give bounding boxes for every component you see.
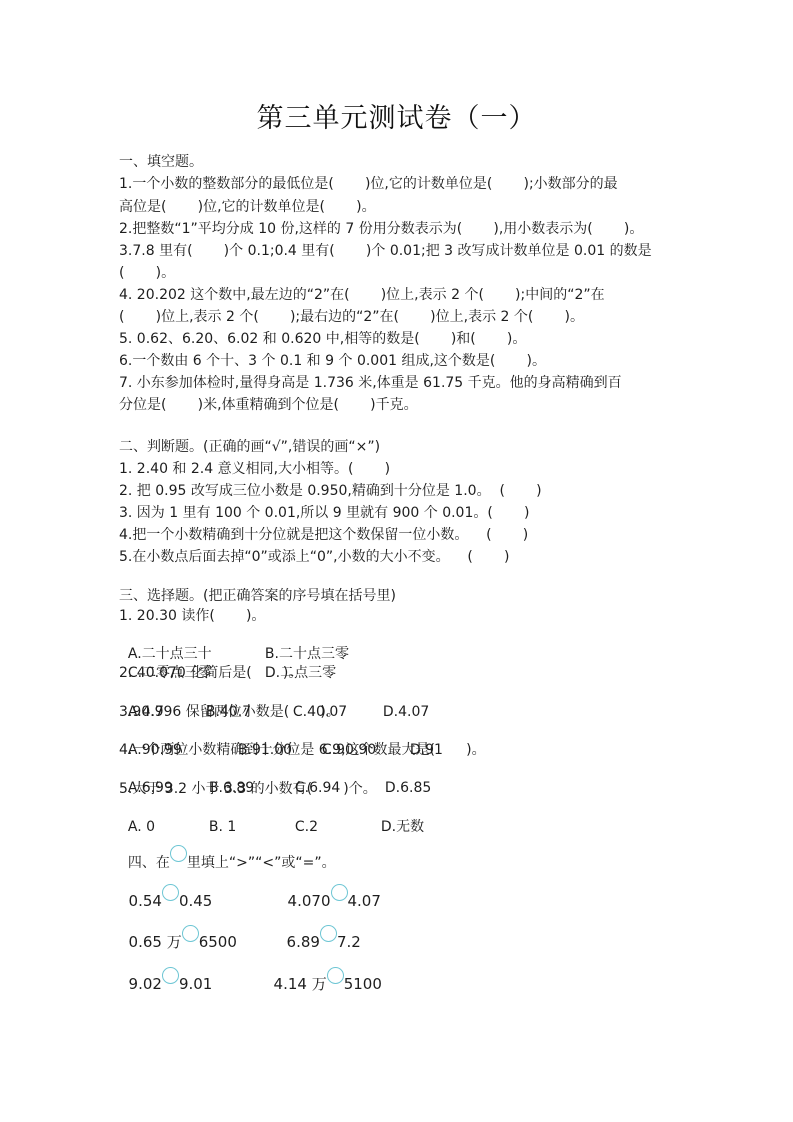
compare-circle[interactable] <box>162 967 179 984</box>
page-title: 第三单元测试卷（一） <box>0 96 793 135</box>
compare-item-2: 4.0704.07 <box>278 872 381 910</box>
fill-blank-line: 3.7.8 里有( )个 0.1;0.4 里有( )个 0.01;把 3 改写成… <box>119 242 652 261</box>
compare-item-5: 9.029.01 <box>119 955 212 993</box>
compare-item-3: 0.65 万6500 <box>119 913 237 952</box>
compare-circle[interactable] <box>182 925 199 942</box>
choice-question: 3.90.996 保留两位小数是( )。 <box>119 703 340 722</box>
true-false-item: 1. 2.40 和 2.4 意义相同,大小相等。( ) <box>119 460 390 479</box>
option-d: D.4.07 <box>383 703 429 722</box>
compare-item-1: 0.540.45 <box>119 872 212 910</box>
fill-blank-line: 2.把整数“1”平均分成 10 份,这样的 7 份用分数表示为( ),用小数表示… <box>119 220 643 239</box>
fill-blank-line: ( )。 <box>119 264 175 283</box>
true-false-item: 4.把一个小数精确到十分位就是把这个数保留一位小数。 ( ) <box>119 526 528 545</box>
section-4-heading: 四、在里填上“>”“<”或“=”。 <box>119 832 336 873</box>
fill-blank-line: 4. 20.202 这个数中,最左边的“2”在( )位上,表示 2 个( );中… <box>119 286 605 305</box>
true-false-item: 3. 因为 1 里有 100 个 0.01,所以 9 里就有 900 个 0.0… <box>119 504 529 523</box>
choice-question: 2. 40.070 化简后是( )。 <box>119 664 302 683</box>
compare-circle[interactable] <box>320 925 337 942</box>
section-2-heading: 二、判断题。(正确的画“√”,错误的画“×”) <box>119 438 380 457</box>
choice-question: 5.大于 3.2 小于 3.3 的小数有( )个。 <box>119 780 377 799</box>
compare-circle[interactable] <box>331 884 348 901</box>
fill-blank-line: 5. 0.62、6.20、6.02 和 0.620 中,相等的数是( )和( )… <box>119 330 526 349</box>
section-3-heading: 三、选择题。(把正确答案的序号填在括号里) <box>119 587 396 606</box>
compare-circle[interactable] <box>162 884 179 901</box>
fill-blank-line: 分位是( )米,体重精确到个位是( )千克。 <box>119 396 418 415</box>
true-false-item: 2. 把 0.95 改写成三位小数是 0.950,精确到十分位是 1.0。 ( … <box>119 482 542 501</box>
true-false-item: 5.在小数点后面去掉“0”或添上“0”,小数的大小不变。 ( ) <box>119 548 510 567</box>
compare-item-6: 4.14 万5100 <box>264 955 382 994</box>
compare-item-4: 6.897.2 <box>277 913 361 951</box>
compare-circle[interactable] <box>327 967 344 984</box>
choice-question: 4.一个两位小数精确到十分位是 6.9,这个数最大是( )。 <box>119 741 486 760</box>
circle-icon <box>170 845 187 862</box>
fill-blank-line: 1.一个小数的整数部分的最低位是( )位,它的计数单位是( );小数部分的最 <box>119 175 618 194</box>
section-1-heading: 一、填空题。 <box>119 153 203 172</box>
fill-blank-line: ( )位上,表示 2 个( );最右边的“2”在( )位上,表示 2 个( )。 <box>119 308 584 327</box>
fill-blank-line: 高位是( )位,它的计数单位是( )。 <box>119 198 376 217</box>
option-d: D.6.85 <box>385 779 431 798</box>
option-d: D.无数 <box>381 818 424 837</box>
choice-question: 1. 20.30 读作( )。 <box>119 607 265 626</box>
fill-blank-line: 6.一个数由 6 个十、3 个 0.1 和 9 个 0.001 组成,这个数是(… <box>119 352 546 371</box>
fill-blank-line: 7. 小东参加体检时,量得身高是 1.736 米,体重是 61.75 千克。他的… <box>119 374 622 393</box>
